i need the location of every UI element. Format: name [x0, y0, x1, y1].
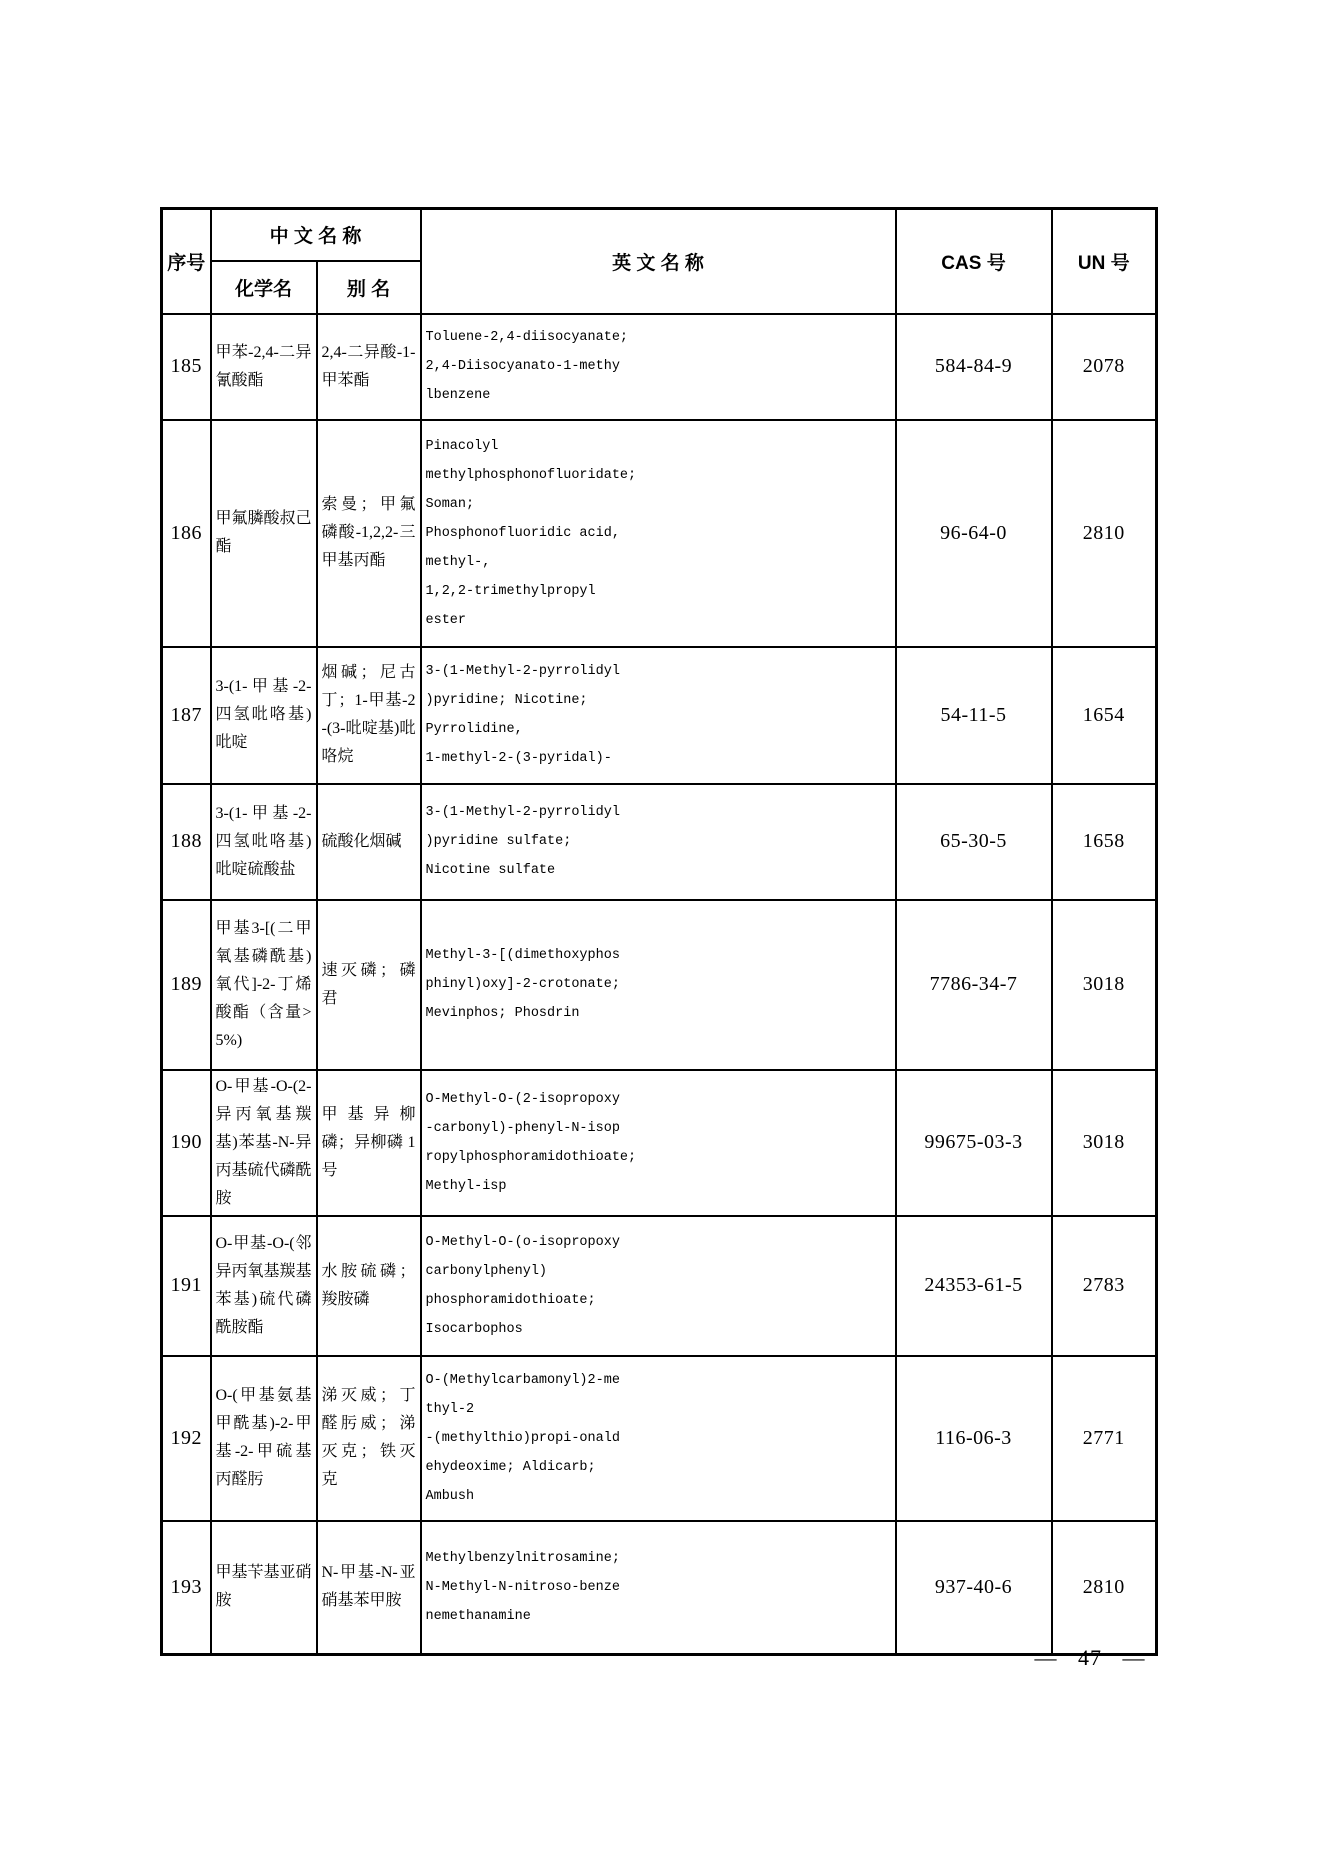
table-row: 190 O-甲基-O-(2-异丙氧基羰基)苯基-N-异丙基硫代磷酰胺 甲基异柳磷…: [162, 1070, 1157, 1216]
table-row: 192 O-(甲基氨基甲酰基)-2-甲基-2-甲硫基丙醛肟 涕灭威；丁醛肟威；涕…: [162, 1356, 1157, 1521]
cell-un: 2810: [1052, 420, 1157, 647]
cell-cas: 54-11-5: [896, 647, 1052, 784]
table-row: 193 甲基苄基亚硝胺 N-甲基-N-亚硝基苯甲胺 Methylbenzylni…: [162, 1521, 1157, 1655]
cell-index: 191: [162, 1216, 211, 1356]
table-row: 187 3-(1-甲基-2-四氢吡咯基)吡啶 烟碱；尼古丁；1-甲基-2-(3-…: [162, 647, 1157, 784]
cell-index: 185: [162, 314, 211, 420]
cell-index: 190: [162, 1070, 211, 1216]
cell-un: 2078: [1052, 314, 1157, 420]
cell-un: 2810: [1052, 1521, 1157, 1655]
cell-chemical-name: 3-(1-甲基-2-四氢吡咯基)吡啶: [211, 647, 317, 784]
cell-cas: 96-64-0: [896, 420, 1052, 647]
table-row: 189 甲基3-[(二甲氧基磷酰基)氧代]-2-丁烯酸酯（含量>5%) 速灭磷；…: [162, 900, 1157, 1070]
cell-english-name: O-Methyl-O-(2-isopropoxy -carbonyl)-phen…: [421, 1070, 896, 1216]
cell-cas: 937-40-6: [896, 1521, 1052, 1655]
table-row: 186 甲氟膦酸叔己酯 索曼；甲氟磷酸-1,2,2-三甲基丙酯 Pinacoly…: [162, 420, 1157, 647]
cell-alias: 水胺硫磷；羧胺磷: [317, 1216, 421, 1356]
cell-chemical-name: 3-(1-甲基-2-四氢吡咯基)吡啶硫酸盐: [211, 784, 317, 900]
cell-cas: 7786-34-7: [896, 900, 1052, 1070]
cell-alias: N-甲基-N-亚硝基苯甲胺: [317, 1521, 421, 1655]
cell-alias: 速灭磷；磷君: [317, 900, 421, 1070]
page-number: — 47 —: [990, 1645, 1190, 1671]
chemicals-table: 序号 中 文 名 称 英 文 名 称 CAS 号 UN 号 化学名 别 名 18…: [160, 207, 1158, 1656]
header-un: UN 号: [1052, 209, 1157, 314]
cell-index: 188: [162, 784, 211, 900]
header-index: 序号: [162, 209, 211, 314]
table-header-row-1: 序号 中 文 名 称 英 文 名 称 CAS 号 UN 号: [162, 209, 1157, 261]
cell-cas: 65-30-5: [896, 784, 1052, 900]
cell-un: 3018: [1052, 1070, 1157, 1216]
cell-alias: 烟碱；尼古丁；1-甲基-2-(3-吡啶基)吡咯烷: [317, 647, 421, 784]
cell-english-name: O-(Methylcarbamonyl)2-me thyl-2 -(methyl…: [421, 1356, 896, 1521]
cell-un: 2783: [1052, 1216, 1157, 1356]
header-chinese-name: 中 文 名 称: [211, 209, 421, 261]
cell-english-name: 3-(1-Methyl-2-pyrrolidyl )pyridine sulfa…: [421, 784, 896, 900]
cell-alias: 涕灭威；丁醛肟威；涕灭克；铁灭克: [317, 1356, 421, 1521]
cell-cas: 584-84-9: [896, 314, 1052, 420]
cell-english-name: Toluene-2,4-diisocyanate; 2,4-Diisocyana…: [421, 314, 896, 420]
cell-english-name: Methylbenzylnitrosamine; N-Methyl-N-nitr…: [421, 1521, 896, 1655]
cell-alias: 甲基异柳磷；异柳磷 1 号: [317, 1070, 421, 1216]
cell-cas: 24353-61-5: [896, 1216, 1052, 1356]
header-chemical-name: 化学名: [211, 261, 317, 314]
header-alias: 别 名: [317, 261, 421, 314]
cell-index: 189: [162, 900, 211, 1070]
cell-index: 193: [162, 1521, 211, 1655]
cell-chemical-name: 甲基苄基亚硝胺: [211, 1521, 317, 1655]
cell-chemical-name: O-(甲基氨基甲酰基)-2-甲基-2-甲硫基丙醛肟: [211, 1356, 317, 1521]
document-page: { "document": { "page_footer": "— 47 —" …: [0, 0, 1323, 1871]
cell-un: 1658: [1052, 784, 1157, 900]
cell-un: 3018: [1052, 900, 1157, 1070]
cell-alias: 索曼；甲氟磷酸-1,2,2-三甲基丙酯: [317, 420, 421, 647]
cell-chemical-name: 甲氟膦酸叔己酯: [211, 420, 317, 647]
cell-english-name: O-Methyl-O-(o-isopropoxy carbonylphenyl)…: [421, 1216, 896, 1356]
cell-un: 2771: [1052, 1356, 1157, 1521]
cell-english-name: Pinacolyl methylphosphonofluoridate; Som…: [421, 420, 896, 647]
table-row: 191 O-甲基-O-(邻异丙氧基羰基苯基)硫代磷酰胺酯 水胺硫磷；羧胺磷 O-…: [162, 1216, 1157, 1356]
table-row: 188 3-(1-甲基-2-四氢吡咯基)吡啶硫酸盐 硫酸化烟碱 3-(1-Met…: [162, 784, 1157, 900]
header-cas: CAS 号: [896, 209, 1052, 314]
cell-english-name: 3-(1-Methyl-2-pyrrolidyl )pyridine; Nico…: [421, 647, 896, 784]
cell-cas: 99675-03-3: [896, 1070, 1052, 1216]
cell-chemical-name: O-甲基-O-(2-异丙氧基羰基)苯基-N-异丙基硫代磷酰胺: [211, 1070, 317, 1216]
table-row: 185 甲苯-2,4-二异氰酸酯 2,4-二异酸-1-甲苯酯 Toluene-2…: [162, 314, 1157, 420]
cell-chemical-name: 甲基3-[(二甲氧基磷酰基)氧代]-2-丁烯酸酯（含量>5%): [211, 900, 317, 1070]
cell-cas: 116-06-3: [896, 1356, 1052, 1521]
cell-index: 186: [162, 420, 211, 647]
cell-index: 187: [162, 647, 211, 784]
cell-english-name: Methyl-3-[(dimethoxyphos phinyl)oxy]-2-c…: [421, 900, 896, 1070]
cell-un: 1654: [1052, 647, 1157, 784]
cell-index: 192: [162, 1356, 211, 1521]
cell-chemical-name: 甲苯-2,4-二异氰酸酯: [211, 314, 317, 420]
cell-alias: 硫酸化烟碱: [317, 784, 421, 900]
cell-chemical-name: O-甲基-O-(邻异丙氧基羰基苯基)硫代磷酰胺酯: [211, 1216, 317, 1356]
header-english-name: 英 文 名 称: [421, 209, 896, 314]
cell-alias: 2,4-二异酸-1-甲苯酯: [317, 314, 421, 420]
